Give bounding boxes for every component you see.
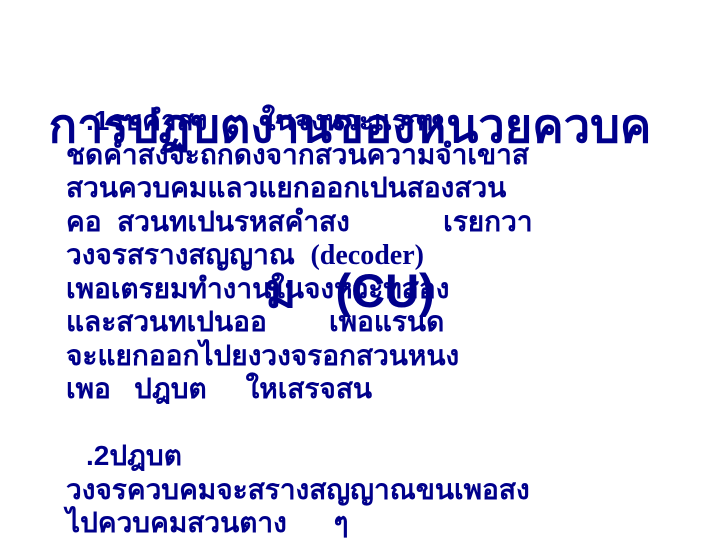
body-line-segment: สวนควบคมแลวแยกออกเปนสองสวน <box>66 172 506 203</box>
body-line-segment: ไปควบคมสวนตาง ๆ <box>66 507 349 538</box>
body-line <box>66 406 720 440</box>
body-line-segment: (decoder) <box>310 240 424 271</box>
body-line: จะแยกออกไปยงวงจรอกสวนหนง <box>66 339 720 373</box>
body-line: ชดคำสงจะถกดงจากสวนความจำเขาส <box>66 138 720 172</box>
body-line-segment: เพอ ปฎบต ใหเสรจสน <box>66 373 372 404</box>
body-line: เพอ ปฎบต ใหเสรจสน <box>66 372 720 406</box>
body-text: .1รบคำสง ในจงหวะแรกนชดคำสงจะถกดงจากสวนคว… <box>66 104 720 540</box>
body-line-segment: จะแยกออกไปยงวงจรอกสวนหนง <box>66 340 459 371</box>
body-line: คอ สวนทเปนรหสคำสง เรยกวา <box>66 205 720 239</box>
body-line-segment: และสวนทเปนออ เพอแรนด <box>66 306 444 337</box>
body-line-segment: วงจรสรางสญญาณ <box>66 239 310 270</box>
body-line-segment: ชดคำสงจะถกดงจากสวนความจำเขาส <box>66 139 529 170</box>
body-line-segment: เพอเตรยมทำงานในจงหวะทสอง <box>66 273 449 304</box>
body-line-segment: วงจรควบคมจะสรางสญญาณขนเพอสง <box>66 474 530 505</box>
body-line: วงจรควบคมจะสรางสญญาณขนเพอสง <box>66 473 720 507</box>
body-line-segment: .2ปฎบต <box>86 440 182 471</box>
body-line-segment: .1รบคำสง ในจงหวะแรกน <box>86 105 443 136</box>
body-line: สวนควบคมแลวแยกออกเปนสองสวน <box>66 171 720 205</box>
slide: การปฏบตงานของหนวยควบค ม (CU) .1รบคำสง ใน… <box>0 0 720 540</box>
body-line-segment: คอ สวนทเปนรหสคำสง เรยกวา <box>66 206 533 237</box>
body-line: เพอเตรยมทำงานในจงหวะทสอง <box>66 272 720 306</box>
body-line: ไปควบคมสวนตาง ๆ <box>66 506 720 540</box>
body-line: .2ปฎบต <box>66 439 720 473</box>
body-line: และสวนทเปนออ เพอแรนด <box>66 305 720 339</box>
body-line: .1รบคำสง ในจงหวะแรกน <box>66 104 720 138</box>
body-line: วงจรสรางสญญาณ (decoder) <box>66 238 720 272</box>
